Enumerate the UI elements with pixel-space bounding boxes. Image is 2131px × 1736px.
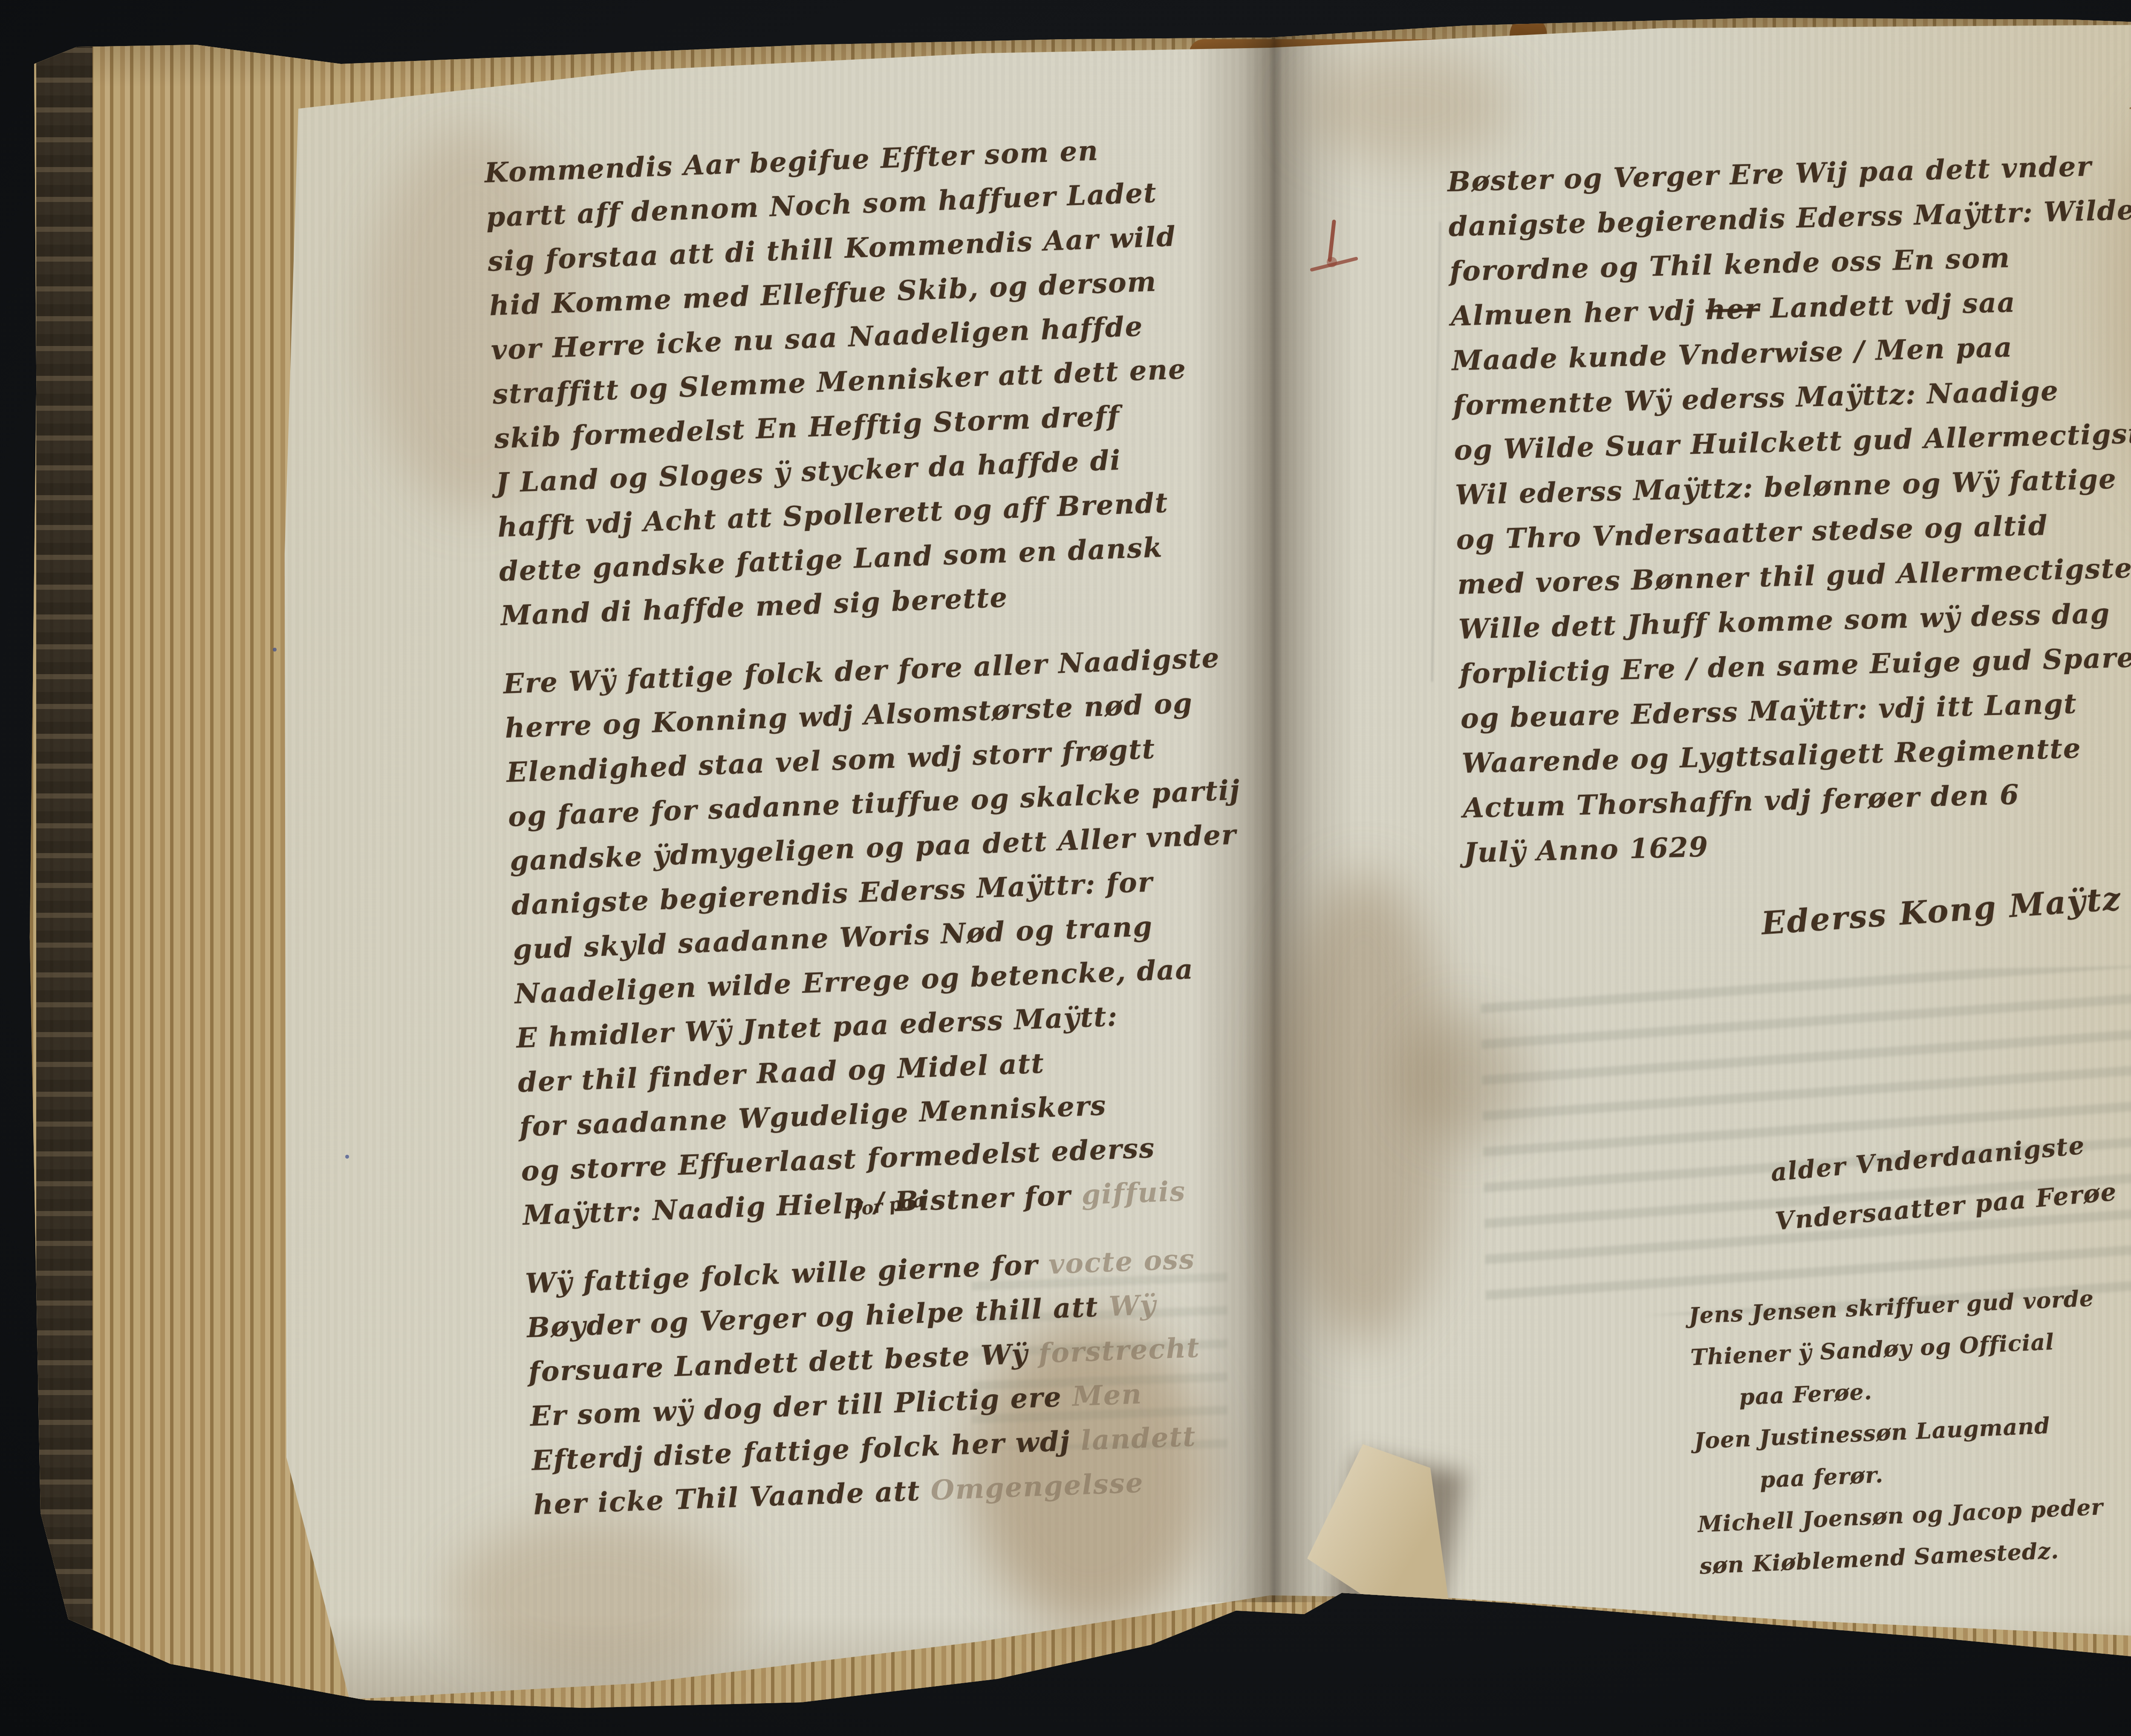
left-cover-edge <box>36 23 92 1706</box>
stain <box>448 1517 746 1679</box>
left-page-text: Kommendis Aar begifue Effter som enpartt… <box>484 123 1301 1528</box>
right-page-text: Bøster og Verger Ere Wij paa dett vnderd… <box>1447 141 2131 875</box>
red-margin-cross <box>1308 219 1360 283</box>
ink-speck <box>345 1155 349 1159</box>
ink-speck <box>273 648 277 652</box>
open-book: Kommendis Aar begifue Effter som enpartt… <box>0 0 2131 1736</box>
stain <box>1300 51 1513 162</box>
signature-block: Jens Jensen skriffuer gud vordeThiener ÿ… <box>1688 1277 2106 1587</box>
manuscript-photo: Kommendis Aar begifue Effter som enpartt… <box>0 0 2131 1736</box>
